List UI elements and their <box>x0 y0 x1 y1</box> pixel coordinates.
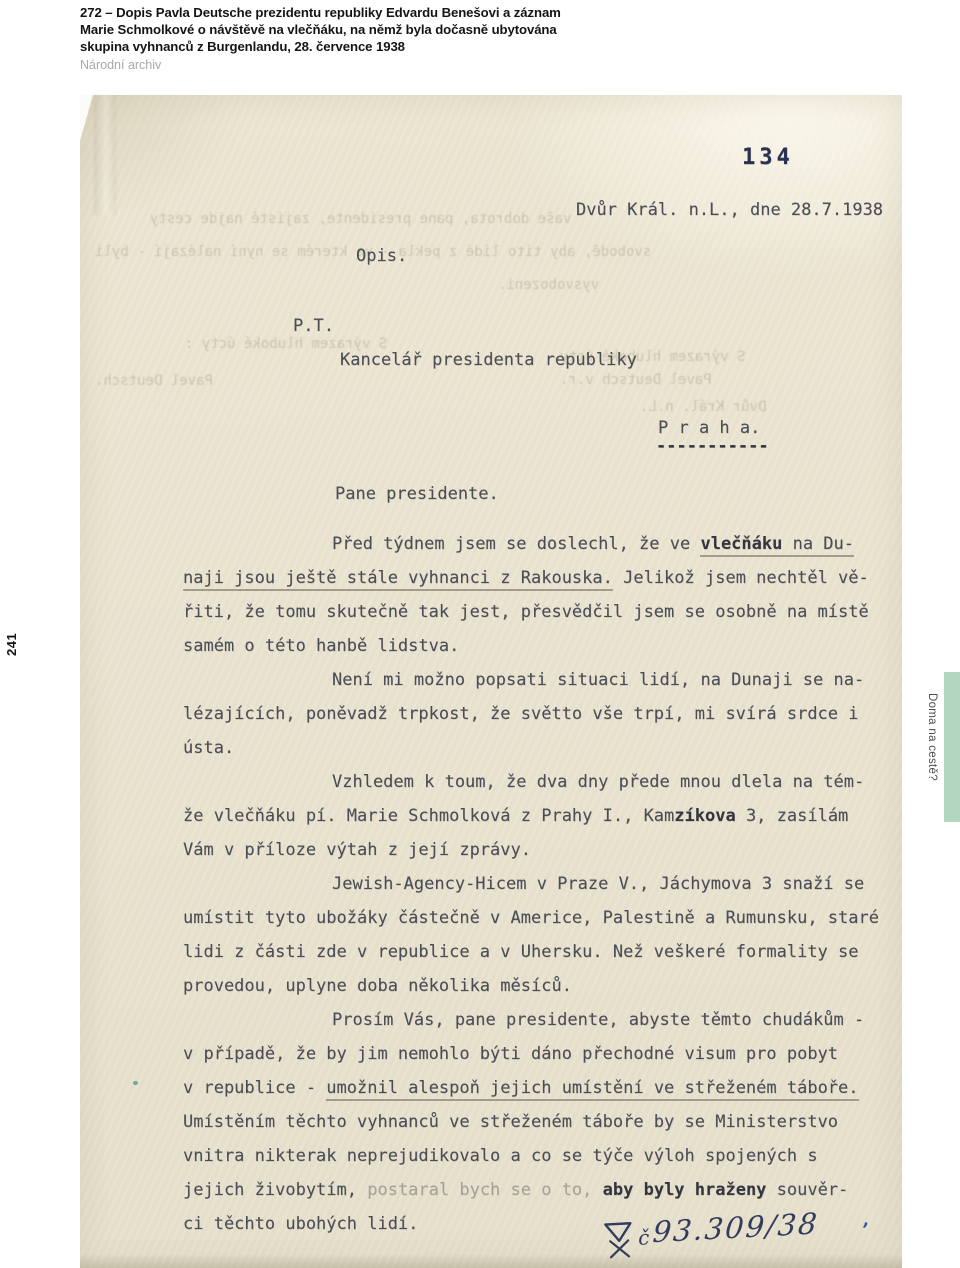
archive-stamp-number: 134 <box>742 145 794 170</box>
caption-line-2: Marie Schmolkové o návštěvě na vlečňáku,… <box>80 21 640 38</box>
document-scan <box>80 95 902 1268</box>
page-number-vertical: 241 <box>4 606 19 656</box>
ink-apostrophe-mark: ’ <box>862 1218 869 1242</box>
caption-line-3: skupina vyhnanců z Burgenlandu, 28. červ… <box>80 38 640 55</box>
pencil-fleck-mark <box>133 1081 138 1085</box>
caption-line-1: 272 – Dopis Pavla Deutsche prezidentu re… <box>80 4 640 21</box>
book-page: { "caption": { "line1": "272 – Dopis Pav… <box>0 0 960 1268</box>
archive-credit: Národní archiv <box>80 57 640 73</box>
section-label-vertical: Doma na cestě? <box>926 693 938 803</box>
figure-caption: 272 – Dopis Pavla Deutsche prezidentu re… <box>80 4 640 73</box>
registry-symbol-icon <box>603 1220 635 1262</box>
handwritten-prefix: č <box>637 1225 649 1250</box>
section-accent-bar <box>944 672 960 822</box>
